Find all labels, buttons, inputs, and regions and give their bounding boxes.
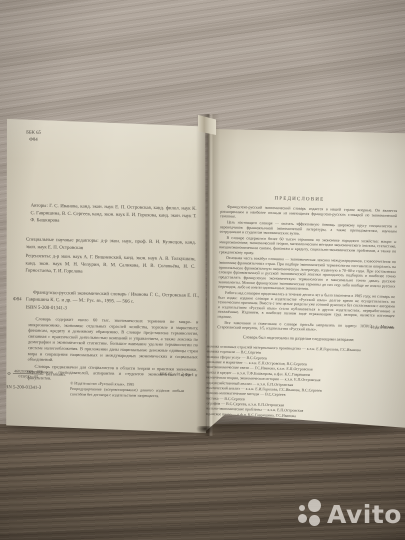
bbk-full-code: ББК 65 + 81.2 Фр-4	[160, 372, 194, 377]
catalog-index: Ф84	[13, 296, 22, 303]
series-letter: Ф	[7, 371, 10, 376]
preface-heading: ПРЕДИСЛОВИЕ	[203, 194, 397, 204]
science-editors-line: Специальные научные редакторы: д-р экон.…	[26, 236, 196, 254]
copyright-block: © Издательство «Русский язык», 1995 Репр…	[70, 381, 184, 400]
print-code-note: Без объявл.	[46, 372, 66, 377]
left-page-content: ББК 65 Ф84 Авторы: Г. С. Иванова, канд. …	[5, 115, 206, 435]
catalog-entry-text: Французско-русский экономический словарь…	[26, 290, 199, 304]
right-page-content: ПРЕДИСЛОВИЕ Французско-русский экономиче…	[203, 124, 405, 432]
avito-wordmark: Avito	[327, 502, 402, 527]
book-photo: ББК 65 Ф84 Авторы: Г. С. Иванова, канд. …	[0, 0, 405, 540]
annotation-paragraph: Словарь содержит около 60 тыс. экономиче…	[28, 316, 199, 366]
print-code-fraction: 4602030000—006 015(01)—95	[13, 369, 44, 380]
preface-paragraph: Работа над словарем продолжалась в течен…	[217, 290, 395, 323]
sections-list: экономика основных отраслей материальног…	[203, 344, 398, 421]
avito-logo-icon	[297, 498, 324, 530]
sections-intro: Словарь был подготовлен по разделам след…	[203, 334, 399, 343]
print-code-group: Ф 4602030000—006 015(01)—95 Без объявл.	[7, 369, 66, 380]
editors-block: Специальные научные редакторы: д-р экон.…	[25, 236, 196, 280]
preface-paragraph: Основная часть вокабул словника — эконом…	[218, 255, 396, 293]
spine-bottom-slit	[196, 426, 214, 434]
left-page: ББК 65 Ф84 Авторы: Г. С. Иванова, канд. …	[5, 115, 206, 435]
reviewers-line: Рецензенты: д-р экон. наук А. Г. Вишневс…	[25, 253, 195, 278]
print-code-denominator: 015(01)—95	[13, 374, 44, 379]
bbk-author-code: Ф84	[15, 136, 52, 144]
catalog-card: Ф84 Французско-русский экономический сло…	[13, 289, 199, 315]
right-page: ПРЕДИСЛОВИЕ Французско-русский экономиче…	[203, 124, 405, 432]
reproduction-notice: Репродуцирование (ксерокопирование) данн…	[70, 387, 184, 399]
avito-watermark: Avito	[297, 493, 401, 535]
preface-paragraphs: Французско-русский экономический словарь…	[217, 204, 397, 335]
isbn-bottom: ISBN 5-200-01341-3	[5, 385, 86, 392]
bbk-classification: ББК 65 Ф84	[15, 129, 52, 144]
authors-block: Авторы: Г. С. Иванова, канд. экон. наук …	[30, 202, 196, 227]
